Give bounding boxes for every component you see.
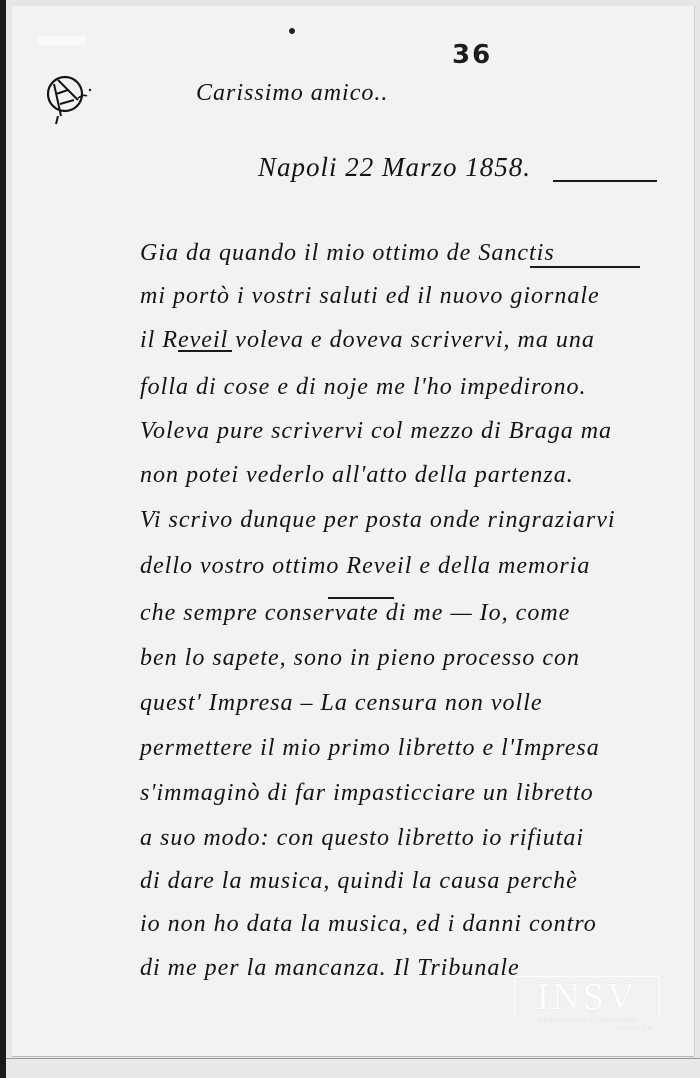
dateline: Napoli 22 Marzo 1858. [258,152,531,183]
body-line: s'immaginò di far impasticciare un libre… [140,780,594,807]
body-line: ben lo sapete, sono in pieno processo co… [140,645,580,672]
body-line: mi portò i vostri saluti ed il nuovo gio… [140,283,600,310]
body-line: permettere il mio primo libretto e l'Imp… [140,735,600,762]
watermark-logo: INSV [514,976,660,1017]
desanctis-underline [530,266,640,268]
reveil-underline [328,597,394,599]
body-line: che sempre conservate di me — Io, come [140,600,570,627]
monogram-icon [38,68,102,128]
tape-mark [38,36,86,45]
body-line: folla di cose e di noje me l'ho impediro… [140,374,587,401]
body-line: di me per la mancanza. Il Tribunale [140,955,520,982]
body-line: dello vostro ottimo Reveil e della memor… [140,553,590,580]
insv-watermark: INSV Istituto Nazionale di Studi Verdian… [514,976,660,1046]
body-line: quest' Impresa – La censura non volle [140,690,543,717]
page-number: 36 [452,40,492,70]
body-line: non potei vederlo all'atto della partenz… [140,462,574,489]
watermark-institution: Istituto Nazionale di Studi Verdiani [514,1017,660,1025]
body-line: io non ho data la musica, ed i danni con… [140,911,597,938]
watermark-foundation: Fondazione [514,1025,660,1033]
body-line: Gia da quando il mio ottimo de Sanctis [140,240,555,267]
scan-edge-bottom [6,1058,700,1078]
body-line: di dare la musica, quindi la causa perch… [140,868,578,895]
body-line: Vi scrivo dunque per posta onde ringrazi… [140,507,616,534]
year-underline [553,180,657,182]
salutation: Carissimo amico.. [196,80,388,107]
body-line: Voleva pure scrivervi col mezzo di Braga… [140,418,612,445]
body-line: a suo modo: con questo libretto io rifiu… [140,825,584,852]
scan-edge-left [0,0,6,1078]
reveil-underline [178,350,232,352]
ink-dot [289,28,295,34]
